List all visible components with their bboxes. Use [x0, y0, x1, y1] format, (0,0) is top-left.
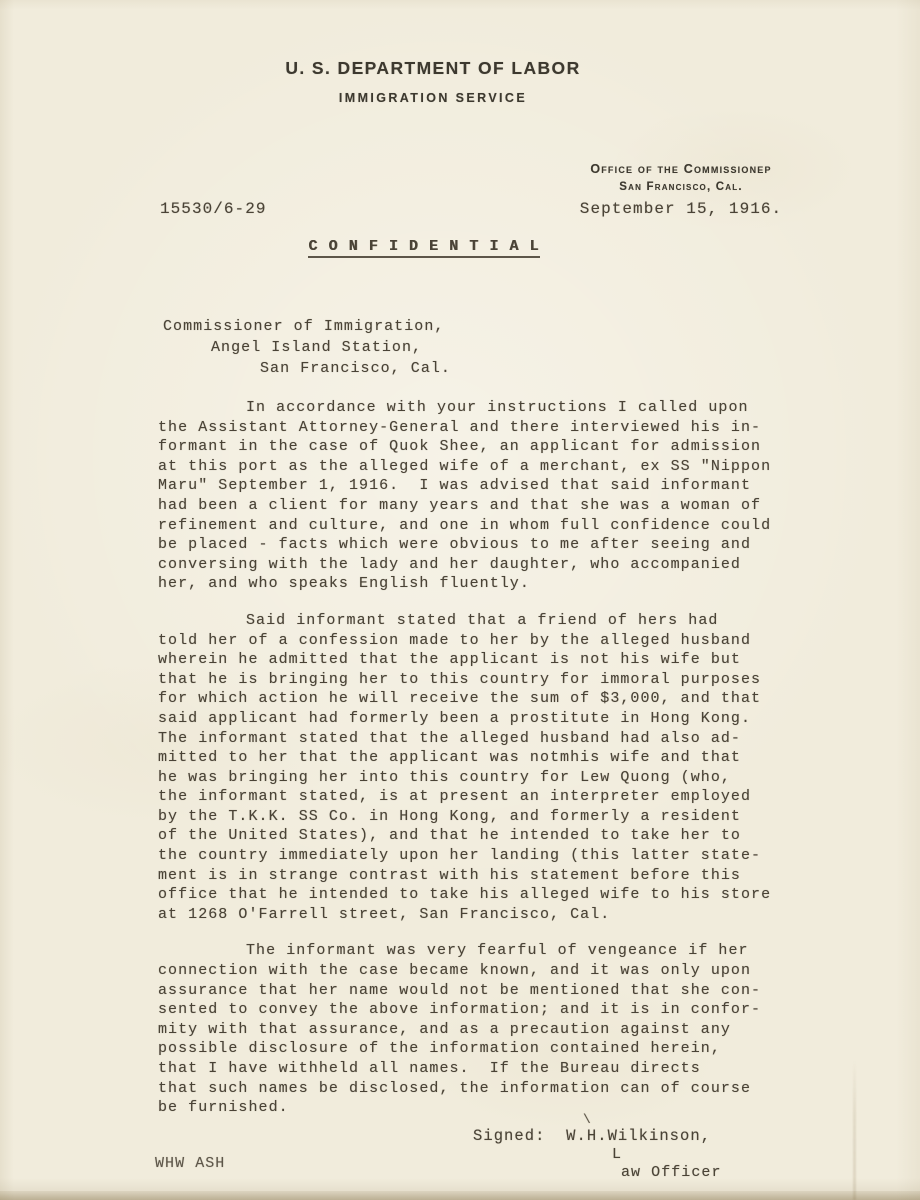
body-line: that such names be disclosed, the inform… — [158, 1079, 798, 1099]
body-line: by the T.K.K. SS Co. in Hong Kong, and f… — [158, 807, 798, 827]
body-line: formant in the case of Quok Shee, an app… — [158, 437, 798, 457]
body-line: of the United States), and that he inten… — [158, 826, 798, 846]
body-line: mity with that assurance, and as a preca… — [158, 1020, 798, 1040]
body-line: the Assistant Attorney-General and there… — [158, 418, 798, 438]
letterhead: U. S. DEPARTMENT OF LABOR IMMIGRATION SE… — [0, 58, 866, 105]
body-line: be placed - facts which were obvious to … — [158, 535, 798, 555]
letter-body: In accordance with your instructions I c… — [158, 398, 798, 1135]
body-line: wherein he admitted that the applicant i… — [158, 650, 798, 670]
body-line: at this port as the alleged wife of a me… — [158, 457, 798, 477]
law-officer-title-first-letter: L — [612, 1146, 622, 1163]
paper-crease — [853, 1060, 856, 1200]
body-line: the informant stated, is at present an i… — [158, 787, 798, 807]
file-number: 15530/6-29 — [160, 200, 267, 218]
body-line: that he is bringing her to this country … — [158, 670, 798, 690]
body-line: sented to convey the above information; … — [158, 1000, 798, 1020]
body-line: assurance that her name would not be men… — [158, 981, 798, 1001]
clerk-initials: WHW ASH — [155, 1155, 225, 1172]
paragraph: Said informant stated that a friend of h… — [158, 611, 798, 925]
letter-page: U. S. DEPARTMENT OF LABOR IMMIGRATION SE… — [0, 0, 920, 1200]
body-line: conversing with the lady and her daughte… — [158, 555, 798, 575]
ink-speck: \ — [583, 1112, 592, 1127]
law-officer-title-rest: aw Officer — [621, 1164, 722, 1181]
body-line: told her of a confession made to her by … — [158, 631, 798, 651]
body-line: Said informant stated that a friend of h… — [158, 611, 798, 631]
department-title: U. S. DEPARTMENT OF LABOR — [0, 58, 866, 79]
address-line: Commissioner of Immigration, — [163, 316, 451, 337]
body-line: In accordance with your instructions I c… — [158, 398, 798, 418]
body-line: he was bringing her into this country fo… — [158, 768, 798, 788]
body-line: The informant stated that the alleged hu… — [158, 729, 798, 749]
confidential-heading-wrap: C O N F I D E N T I A L — [0, 237, 848, 258]
service-subtitle: IMMIGRATION SERVICE — [0, 91, 866, 105]
confidential-heading: C O N F I D E N T I A L — [308, 238, 539, 258]
body-line: The informant was very fearful of vengea… — [158, 941, 798, 961]
body-line: ment is in strange contrast with his sta… — [158, 866, 798, 886]
body-line: office that he intended to take his alle… — [158, 885, 798, 905]
body-line: her, and who speaks English fluently. — [158, 574, 798, 594]
body-line: connection with the case became known, a… — [158, 961, 798, 981]
body-line: refinement and culture, and one in whom … — [158, 516, 798, 536]
body-line: Maru" September 1, 1916. I was advised t… — [158, 476, 798, 496]
body-line: the country immediately upon her landing… — [158, 846, 798, 866]
body-line: said applicant had formerly been a prost… — [158, 709, 798, 729]
signed-line: Signed: W.H.Wilkinson, — [473, 1127, 711, 1145]
paragraph: The informant was very fearful of vengea… — [158, 941, 798, 1117]
body-line: mitted to her that the applicant was not… — [158, 748, 798, 768]
body-line: at 1268 O'Farrell street, San Francisco,… — [158, 905, 798, 925]
body-line: possible disclosure of the information c… — [158, 1039, 798, 1059]
body-line: be furnished. — [158, 1098, 798, 1118]
address-line: Angel Island Station, — [163, 337, 451, 358]
office-block: Office of the Commissionep San Francisco… — [545, 162, 817, 218]
body-line: that I have withheld all names. If the B… — [158, 1059, 798, 1079]
date-line: September 15, 1916. — [545, 200, 817, 218]
address-line: San Francisco, Cal. — [163, 358, 451, 379]
paragraph: In accordance with your instructions I c… — [158, 398, 798, 594]
body-line: for which action he will receive the sum… — [158, 689, 798, 709]
office-city-line: San Francisco, Cal. — [545, 181, 817, 193]
office-of-commissioner-line: Office of the Commissionep — [545, 162, 817, 176]
address-block: Commissioner of Immigration, Angel Islan… — [163, 316, 451, 379]
paper-bottom-edge — [0, 1191, 920, 1200]
body-line: had been a client for many years and tha… — [158, 496, 798, 516]
